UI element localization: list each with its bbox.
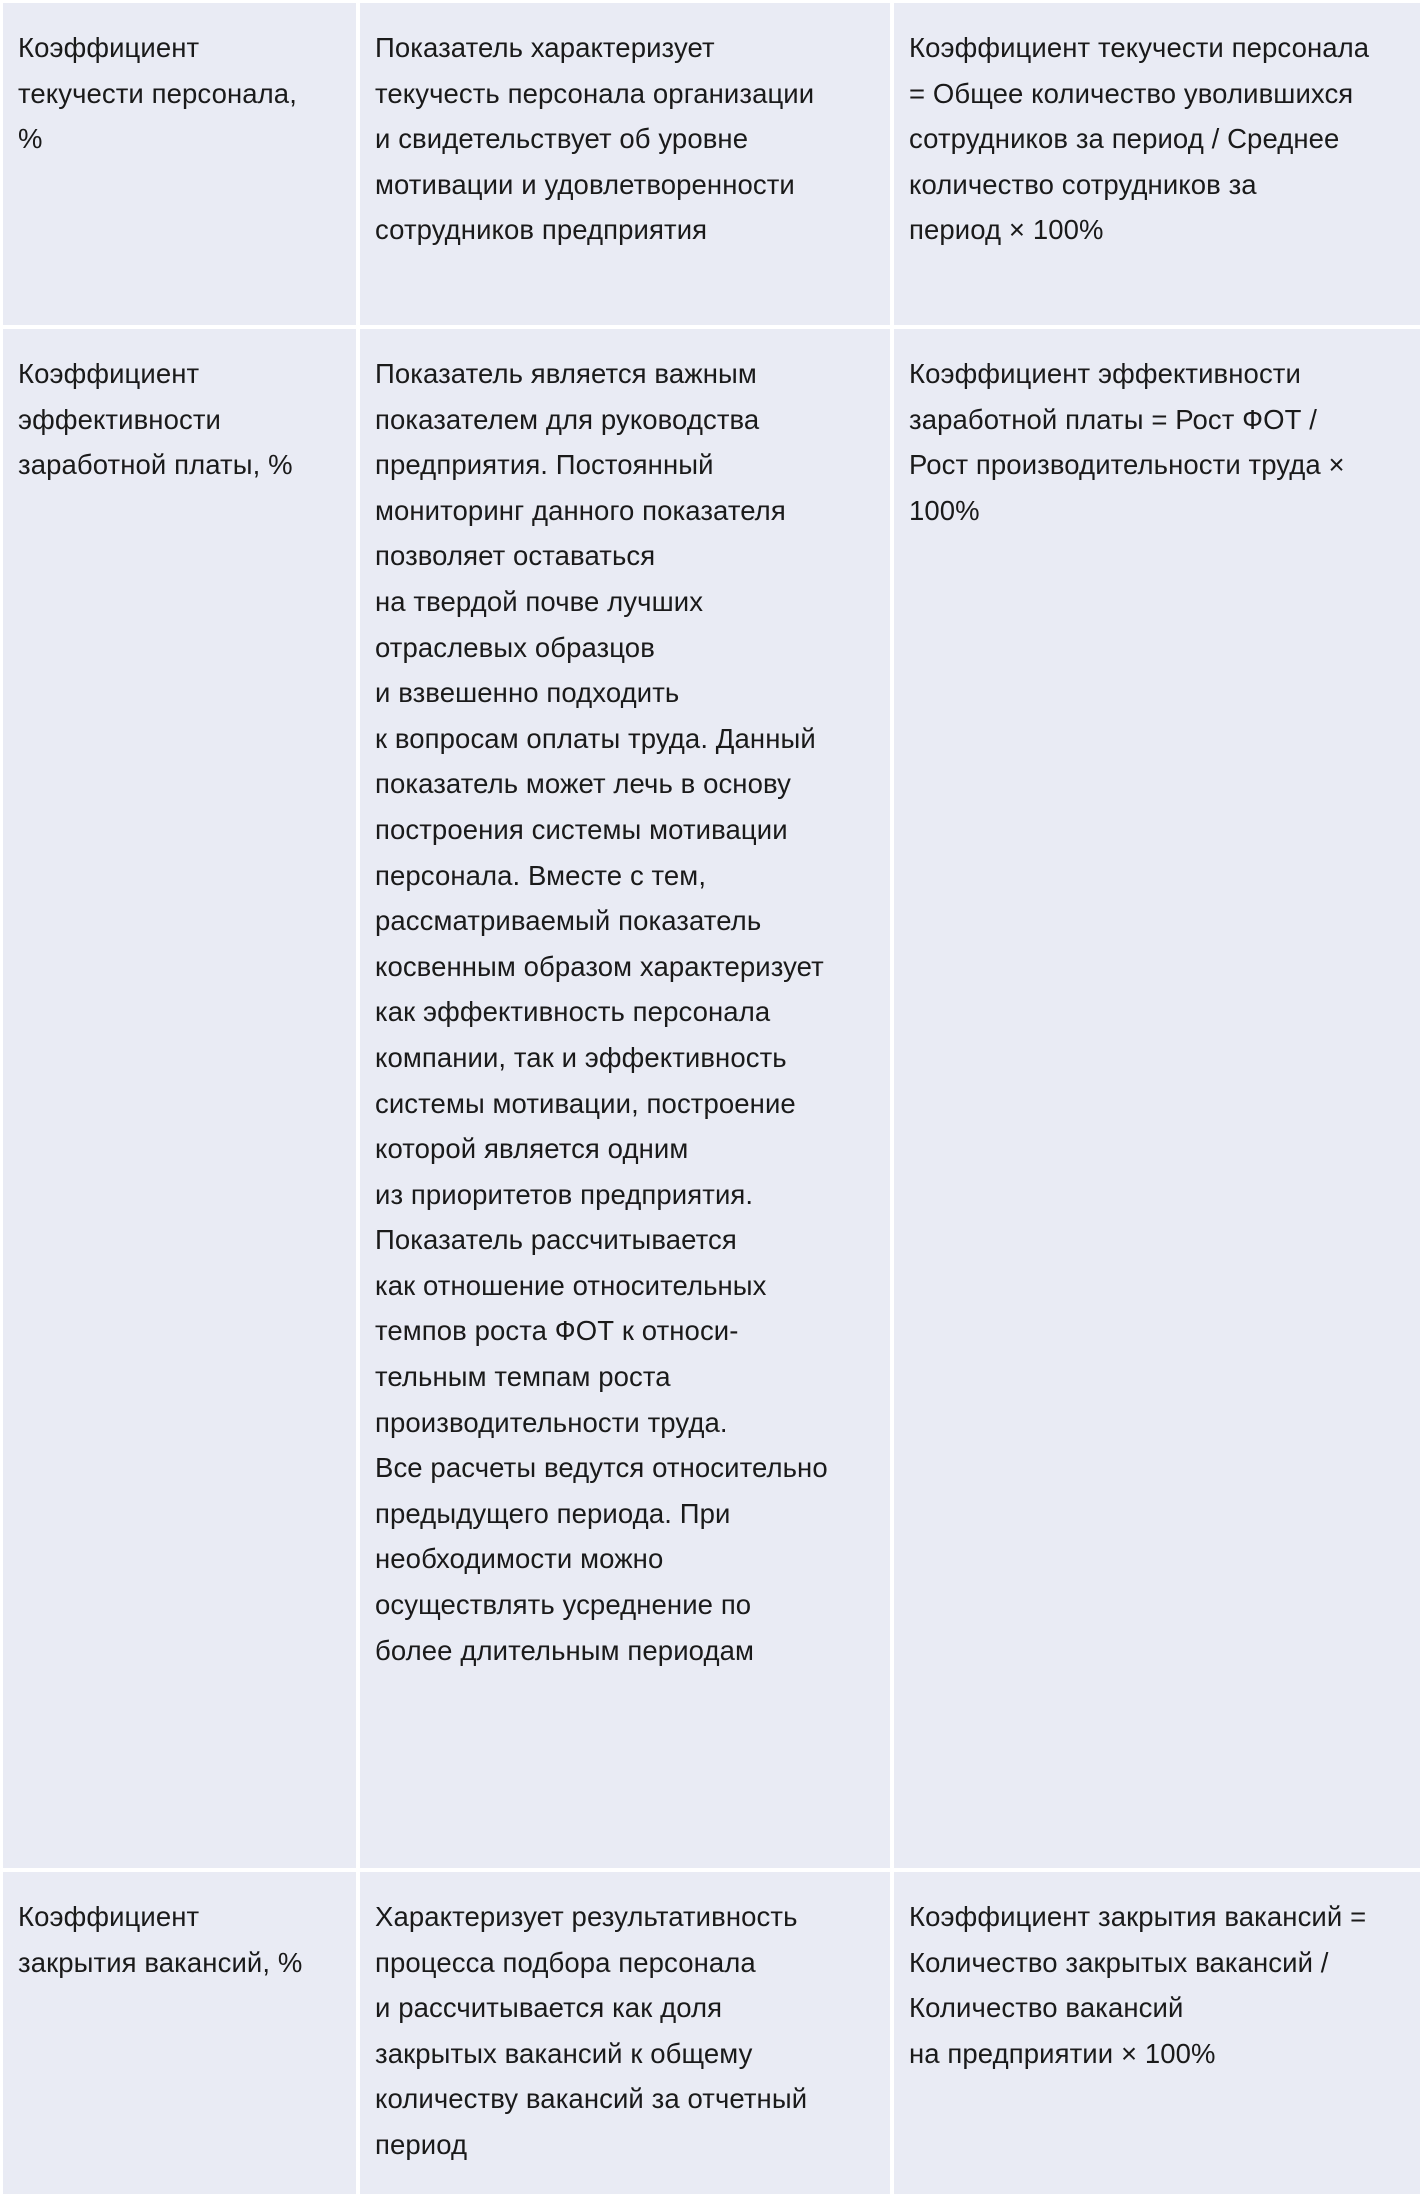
cell-text-line: % (18, 116, 342, 162)
cell-text-line: из приоритетов предприятия. (375, 1172, 876, 1218)
cell-text-line: производительности труда. (375, 1400, 876, 1446)
cell-text-line: заработной платы = Рост ФОТ / (909, 397, 1406, 443)
cell-text-line: косвенным образом характеризует (375, 944, 876, 990)
cell-text-line: текучесть персонала организации (375, 71, 876, 117)
cell-text-line: показатель может лечь в основу (375, 761, 876, 807)
cell-text-line: темпов роста ФОТ к относи- (375, 1308, 876, 1354)
cell-text-line: Коэффициент (18, 351, 342, 397)
cell-text-line: показателем для руководства (375, 397, 876, 443)
cell-text-line: более длительным периодам (375, 1628, 876, 1674)
cell-text-line: период × 100% (909, 207, 1406, 253)
cell-text-line: необходимости можно (375, 1536, 876, 1582)
cell-text-line: Количество вакансий (909, 1985, 1406, 2031)
cell-text-line: как эффективность персонала (375, 989, 876, 1035)
cell-indicator-name: Коэффициенттекучести персонала,% (3, 3, 356, 325)
cell-indicator-formula: Коэффициент текучести персонала= Общее к… (894, 3, 1420, 325)
cell-text-line: заработной платы, % (18, 442, 342, 488)
cell-text-line: Рост производительности труда × (909, 442, 1406, 488)
cell-text-line: которой является одним (375, 1126, 876, 1172)
cell-text-line: и взвешенно подходить (375, 670, 876, 716)
cell-text-line: закрытых вакансий к общему (375, 2031, 876, 2077)
cell-indicator-description: Характеризует результативностьпроцесса п… (360, 1872, 890, 2194)
cell-text-line: Все расчеты ведутся относительно (375, 1445, 876, 1491)
cell-text-line: Коэффициент закрытия вакансий = (909, 1894, 1406, 1940)
cell-text-line: осуществлять усреднение по (375, 1582, 876, 1628)
cell-text-line: эффективности (18, 397, 342, 443)
cell-text-line: Характеризует результативность (375, 1894, 876, 1940)
cell-text-line: количеству вакансий за отчетный (375, 2076, 876, 2122)
cell-text-line: персонала. Вместе с тем, (375, 853, 876, 899)
cell-text-line: = Общее количество уволившихся (909, 71, 1406, 117)
cell-indicator-formula: Коэффициент закрытия вакансий =Количеств… (894, 1872, 1420, 2194)
cell-text-line: Коэффициент эффективности (909, 351, 1406, 397)
cell-indicator-description: Показатель характеризуеттекучесть персон… (360, 3, 890, 325)
cell-text-line: на предприятии × 100% (909, 2031, 1406, 2077)
cell-indicator-description: Показатель является важнымпоказателем дл… (360, 329, 890, 1868)
cell-text-line: закрытия вакансий, % (18, 1940, 342, 1986)
cell-text-line: сотрудников за период / Среднее (909, 116, 1406, 162)
cell-text-line: текучести персонала, (18, 71, 342, 117)
cell-text-line: как отношение относительных (375, 1263, 876, 1309)
cell-text-line: отраслевых образцов (375, 625, 876, 671)
cell-indicator-formula: Коэффициент эффективностизаработной плат… (894, 329, 1420, 1868)
cell-text-line: к вопросам оплаты труда. Данный (375, 716, 876, 762)
kpi-table: Коэффициенттекучести персонала,% Показат… (3, 3, 1420, 2194)
cell-text-line: сотрудников предприятия (375, 207, 876, 253)
cell-text-line: Показатель характеризует (375, 25, 876, 71)
cell-text-line: 100% (909, 488, 1406, 534)
cell-text-line: Коэффициент (18, 1894, 342, 1940)
cell-text-line: период (375, 2122, 876, 2168)
cell-text-line: количество сотрудников за (909, 162, 1406, 208)
cell-text-line: предприятия. Постоянный (375, 442, 876, 488)
cell-text-line: позволяет оставаться (375, 533, 876, 579)
cell-indicator-name: Коэффициентэффективностизаработной платы… (3, 329, 356, 1868)
cell-text-line: мотивации и удовлетворенности (375, 162, 876, 208)
cell-text-line: процесса подбора персонала (375, 1940, 876, 1986)
cell-text-line: предыдущего периода. При (375, 1491, 876, 1537)
cell-text-line: Коэффициент (18, 25, 342, 71)
cell-text-line: тельным темпам роста (375, 1354, 876, 1400)
cell-text-line: на твердой почве лучших (375, 579, 876, 625)
cell-text-line: Показатель является важным (375, 351, 876, 397)
cell-text-line: построения системы мотивации (375, 807, 876, 853)
cell-text-line: компании, так и эффективность (375, 1035, 876, 1081)
cell-text-line: системы мотивации, построение (375, 1081, 876, 1127)
cell-text-line: Коэффициент текучести персонала (909, 25, 1406, 71)
cell-text-line: Показатель рассчитывается (375, 1217, 876, 1263)
cell-text-line: мониторинг данного показателя (375, 488, 876, 534)
cell-text-line: рассматриваемый показатель (375, 898, 876, 944)
cell-text-line: Количество закрытых вакансий / (909, 1940, 1406, 1986)
cell-indicator-name: Коэффициентзакрытия вакансий, % (3, 1872, 356, 2194)
cell-text-line: и свидетельствует об уровне (375, 116, 876, 162)
cell-text-line: и рассчитывается как доля (375, 1985, 876, 2031)
